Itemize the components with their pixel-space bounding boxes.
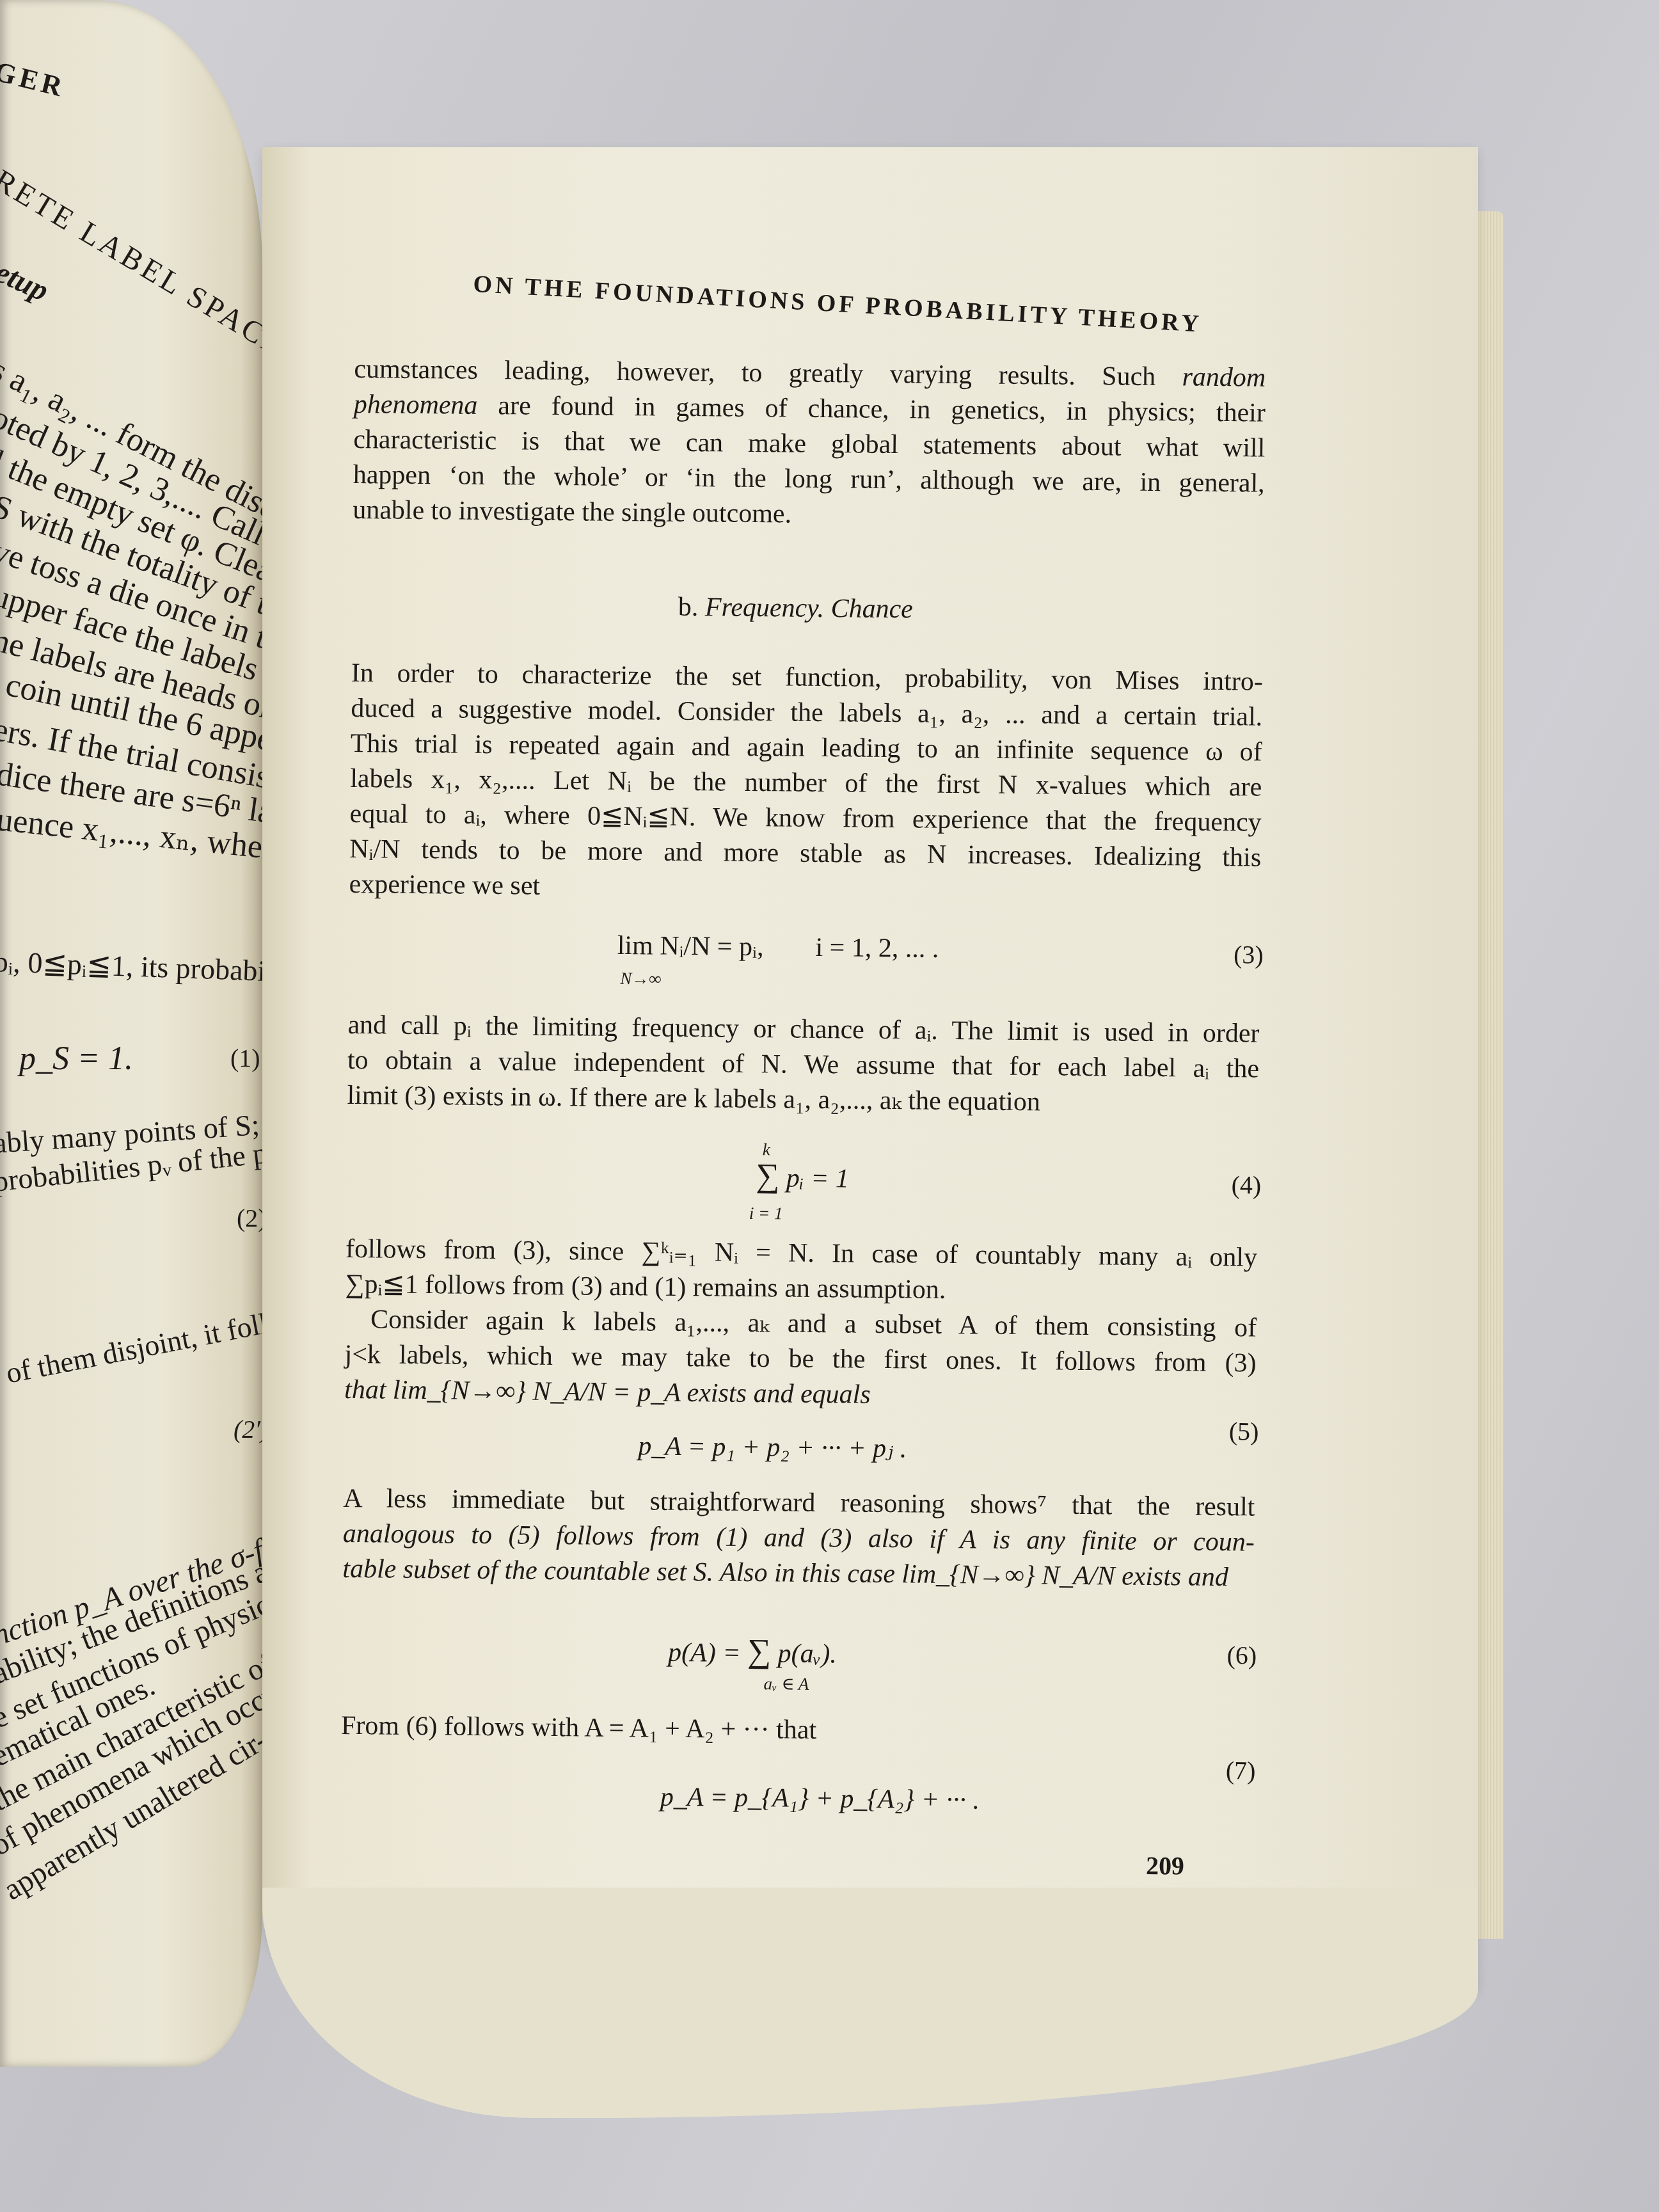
page-edges xyxy=(1475,211,1504,1939)
left-section-heading: RETE LABEL SPACE xyxy=(0,163,262,365)
sigma-symbol: ∑ xyxy=(756,1158,780,1194)
eq6-number: (6) xyxy=(1226,1640,1257,1670)
section-label: b. xyxy=(678,593,699,622)
equation-3: lim Nᵢ/N = pᵢ, i = 1, 2, ... . xyxy=(617,930,939,964)
equation-4: ∑ pᵢ = 1 xyxy=(756,1157,849,1195)
left-page: GER RETE LABEL SPACE etup s a₁, a₂, ... … xyxy=(0,0,262,2067)
equation-6: p(A) = ∑ p(aᵥ). xyxy=(668,1632,837,1671)
left-running-head: GER xyxy=(0,55,69,104)
equation-7: p_A = p_{A₁} + p_{A₂} + ··· . xyxy=(660,1782,980,1816)
frequency-paragraph: In order to characterize the set functio… xyxy=(349,656,1263,911)
eq4-number: (4) xyxy=(1231,1170,1261,1200)
sigma-symbol: ∑ xyxy=(747,1633,772,1669)
section-heading: b. Frequency. Chance xyxy=(678,592,1126,627)
left-subsection-heading: etup xyxy=(0,254,54,308)
intro-paragraph: cumstances leading, however, to greatly … xyxy=(353,352,1266,537)
eq6-body: p(aᵥ). xyxy=(777,1639,837,1669)
eq6-subscript: aᵥ ∈ A xyxy=(764,1674,809,1694)
section-title: Frequency. Chance xyxy=(705,593,913,624)
eq4-lower-limit: i = 1 xyxy=(749,1204,783,1224)
less-immediate-paragraph: A less immediate but straightforward rea… xyxy=(342,1481,1255,1596)
consider-paragraph: Consider again k labels a₁,..., aₖ and a… xyxy=(344,1302,1257,1417)
left-eq2p-number: (2′) xyxy=(234,1414,262,1444)
page-curl xyxy=(262,1888,1478,2118)
eq3-lhs: lim Nᵢ/N = pᵢ, xyxy=(617,931,764,962)
left-eq2-number: (2) xyxy=(237,1203,262,1233)
follows-paragraph: follows from (3), since ∑ᵏᵢ₌₁ Nᵢ = N. In… xyxy=(345,1232,1257,1311)
limit-paragraph: and call pᵢ the limiting frequency or ch… xyxy=(347,1008,1260,1122)
equation-5: p_A = p₁ + p₂ + ··· + pⱼ . xyxy=(638,1429,907,1464)
eq3-number: (3) xyxy=(1234,939,1264,969)
eq3-limit-subscript: N→∞ xyxy=(620,969,662,989)
eq3-range: i = 1, 2, ... . xyxy=(815,933,939,964)
eq5-number: (5) xyxy=(1229,1416,1259,1446)
left-eq1: p_S = 1. xyxy=(19,1040,133,1078)
eq4-body: pᵢ = 1 xyxy=(786,1164,849,1194)
left-eq1-number: (1) xyxy=(230,1043,260,1073)
left-disjoint-line: of them disjoint, it follows xyxy=(3,1297,262,1390)
eq6-lhs: p(A) = xyxy=(668,1638,741,1668)
left-prob-line: pᵢ, 0≦pᵢ≦1, its probability, xyxy=(0,944,262,989)
page-number: 209 xyxy=(1146,1850,1184,1881)
eq7-number: (7) xyxy=(1226,1755,1256,1785)
